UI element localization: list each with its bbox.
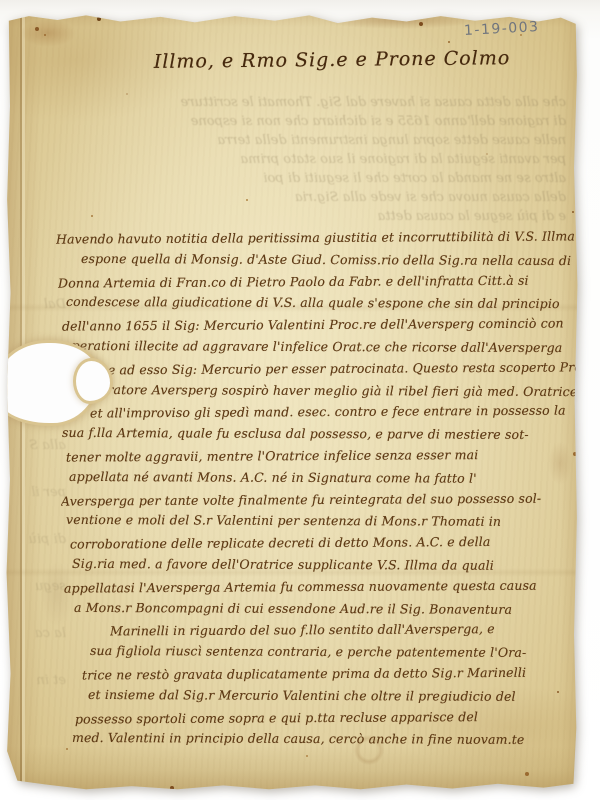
bleedthrough-line: per avanti seguita la di ragione il suo … — [30, 150, 566, 169]
manuscript-line: Sig.ria med. a favore dell'Oratrice supp… — [72, 553, 578, 577]
manuscript-line: Marinelli in riguardo del suo f.llo sent… — [110, 618, 578, 643]
bleedthrough-line: che alla detta causa si havere dal Sig. … — [30, 93, 566, 112]
manuscript-line: a Mons.r Boncompagni di cui essendone Au… — [74, 596, 578, 620]
manuscript-line: dell'anno 1655 il Sig: Mercurio Valentin… — [62, 313, 578, 338]
manuscript-line: condescese alla giudicatione di V.S. all… — [66, 291, 578, 315]
manuscript-line: trice ne restò gravata duplicatamente pr… — [82, 661, 578, 686]
bleedthrough-line: e di più segue la causa detta — [30, 207, 566, 226]
manuscript-line: et all'improviso gli spedì mand. esec. c… — [90, 400, 578, 425]
bleedthrough-line: di ragione dell'anno 1655 e si dichiara … — [30, 112, 566, 131]
manuscript-line: curatore Aversperg sospirò haver meglio … — [92, 379, 578, 403]
manuscript-line: appellata né avanti Mons. A.C. né in Sig… — [69, 466, 578, 490]
verso-bleedthrough: che alla detta causa si havere dal Sig. … — [30, 93, 566, 226]
edge-stain — [324, 13, 474, 29]
manuscript-line: corroboratione delle replicate decreti d… — [70, 531, 578, 556]
ink-stain — [20, 19, 76, 47]
salutation-line: Illmo, e Rmo Sig.e e Prone Colmo — [46, 46, 578, 74]
scan-background: 1-19-003 Illmo, e Rmo Sig.e e Prone Colm… — [0, 0, 600, 800]
bleedthrough-line: altro se ne manda la corte che li seguit… — [30, 169, 566, 188]
manuscript-line: ricorse ad esso Sig: Mercurio per esser … — [70, 356, 578, 381]
manuscript-body: Havendo havuto notitia della peritissima… — [6, 227, 578, 750]
paper-sheet: 1-19-003 Illmo, e Rmo Sig.e e Prone Colm… — [6, 13, 578, 790]
manuscript-line: ventione e moli del S.r Valentini per se… — [66, 509, 578, 533]
manuscript-line: operationi illecite ad aggravare l'infel… — [64, 335, 578, 359]
manuscript-line: tener molte aggravii, mentre l'Oratrice … — [66, 443, 578, 468]
bleedthrough-line: nelle cause dette sopra lunga instrument… — [30, 131, 566, 150]
paper-shadow-wrap: 1-19-003 Illmo, e Rmo Sig.e e Prone Colm… — [6, 13, 578, 790]
foxing-speckles — [6, 13, 8, 15]
manuscript-line: appellatasi l'Aversperga Artemia fu comm… — [64, 574, 578, 599]
manuscript-line: Aversperga per tante volte finalmente fu… — [61, 487, 578, 512]
manuscript-line: Havendo havuto notitia della peritissima… — [56, 225, 578, 250]
manuscript-line: sua figliola riuscì sentenza contraria, … — [90, 640, 578, 664]
manuscript-line: med. Valentini in principio della causa,… — [72, 727, 578, 751]
bleedthrough-line: della causa nuova che si vede alla Sig.r… — [30, 188, 566, 207]
archival-number: 1-19-003 — [464, 19, 540, 39]
manuscript-line: et insieme dal Sig.r Mercurio Valentini … — [88, 684, 578, 708]
manuscript-line: espone quella di Monsig. d'Aste Giud. Co… — [81, 248, 578, 272]
manuscript-line: possesso sportoli come sopra e qui p.tta… — [75, 705, 578, 730]
manuscript-line: sua f.lla Artemia, quale fu esclusa dal … — [62, 422, 578, 446]
